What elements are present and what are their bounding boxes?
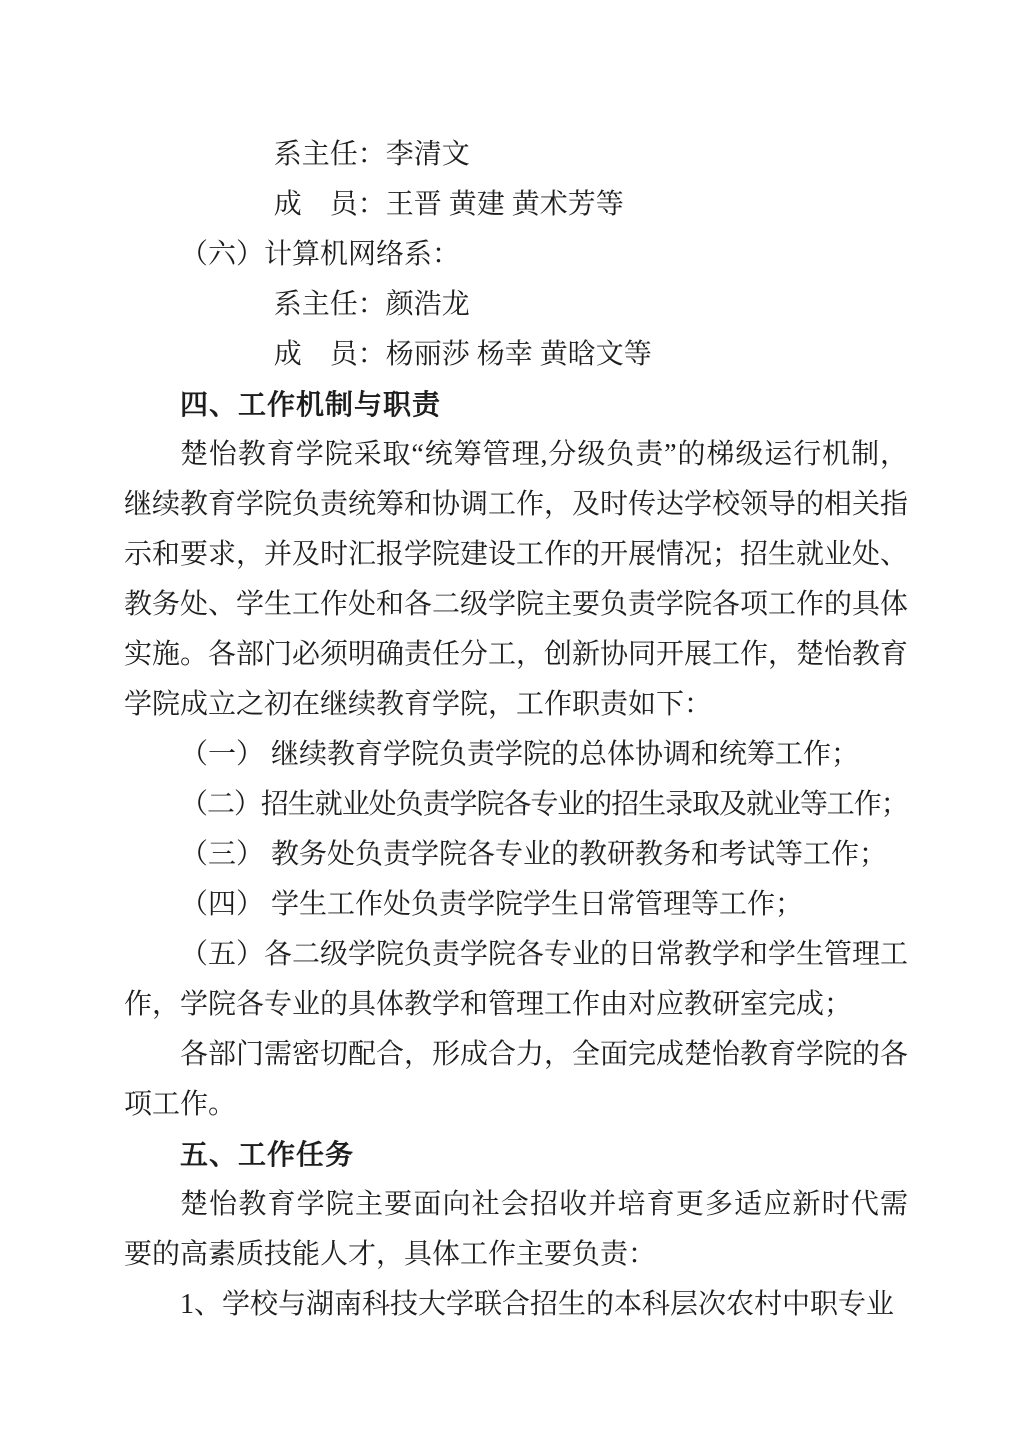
- document-page: 系主任：李清文 成 员：王晋 黄建 黄术芳等 （六）计算机网络系： 系主任：颜浩…: [0, 0, 1024, 1448]
- section4-heading: 四、工作机制与职责: [124, 380, 908, 430]
- section-4: 四、工作机制与职责 楚怡教育学院采取“统筹管理,分级负责”的梯级运行机制， 继续…: [124, 380, 908, 1130]
- s4-closing-line-2: 项工作。: [124, 1080, 908, 1130]
- roster-line-director-2: 系主任：颜浩龙: [124, 280, 908, 330]
- duty-line-5: （五）各二级学院负责学院各专业的日常教学和学生管理工: [124, 930, 908, 980]
- roster-line-members-1: 成 员：王晋 黄建 黄术芳等: [124, 180, 908, 230]
- duty-line-3: （三） 教务处负责学院各专业的教研教务和考试等工作；: [124, 830, 908, 880]
- s4-intro-line-2: 继续教育学院负责统筹和协调工作，及时传达学校领导的相关指: [124, 480, 908, 530]
- roster-line-director-1: 系主任：李清文: [124, 130, 908, 180]
- roster-line-dept-6: （六）计算机网络系：: [124, 230, 908, 280]
- section-5: 五、工作任务 楚怡教育学院主要面向社会招收并培育更多适应新时代需 要的高素质技能…: [124, 1130, 908, 1330]
- s4-intro-line-3: 示和要求，并及时汇报学院建设工作的开展情况；招生就业处、: [124, 530, 908, 580]
- s4-intro-line-1: 楚怡教育学院采取“统筹管理,分级负责”的梯级运行机制，: [124, 430, 908, 480]
- section5-heading: 五、工作任务: [124, 1130, 908, 1180]
- s4-intro-line-4: 教务处、学生工作处和各二级学院主要负责学院各项工作的具体: [124, 580, 908, 630]
- duty-line-5-continued: 作，学院各专业的具体教学和管理工作由对应教研室完成；: [124, 980, 908, 1030]
- s4-intro-line-6: 学院成立之初在继续教育学院，工作职责如下：: [124, 680, 908, 730]
- document-content: 系主任：李清文 成 员：王晋 黄建 黄术芳等 （六）计算机网络系： 系主任：颜浩…: [124, 130, 908, 1330]
- s4-intro-line-5: 实施。各部门必须明确责任分工，创新协同开展工作，楚怡教育: [124, 630, 908, 680]
- s5-intro-line-2: 要的高素质技能人才，具体工作主要负责：: [124, 1230, 908, 1280]
- roster-line-members-2: 成 员：杨丽莎 杨幸 黄晗文等: [124, 330, 908, 380]
- s4-closing-line-1: 各部门需密切配合，形成合力，全面完成楚怡教育学院的各: [124, 1030, 908, 1080]
- roster-block: 系主任：李清文 成 员：王晋 黄建 黄术芳等 （六）计算机网络系： 系主任：颜浩…: [124, 130, 908, 380]
- duty-line-2: （二）招生就业处负责学院各专业的招生录取及就业等工作；: [124, 780, 908, 830]
- duty-line-1: （一） 继续教育学院负责学院的总体协调和统筹工作；: [124, 730, 908, 780]
- task-line-1: 1、学校与湖南科技大学联合招生的本科层次农村中职专业: [124, 1280, 908, 1330]
- s5-intro-line-1: 楚怡教育学院主要面向社会招收并培育更多适应新时代需: [124, 1180, 908, 1230]
- duty-line-4: （四） 学生工作处负责学院学生日常管理等工作；: [124, 880, 908, 930]
